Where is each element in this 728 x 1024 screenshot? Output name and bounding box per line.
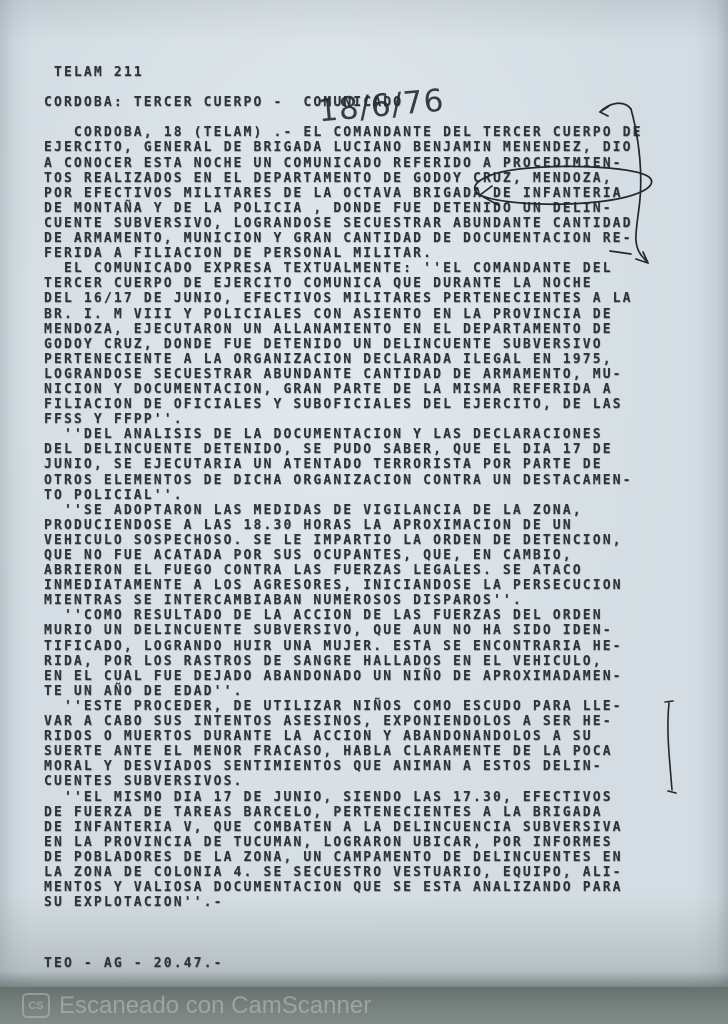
text-line: CUENTE SUBVERSIVO, LOGRANDOSE SECUESTRAR…	[44, 216, 684, 231]
text-line: TELAM 211	[44, 65, 684, 80]
text-line: ''ESTE PROCEDER, DE UTILIZAR NIÑOS COMO …	[44, 699, 684, 714]
text-line: MORAL Y DESVIADOS SENTIMIENTOS QUE ANIMA…	[44, 759, 684, 774]
text-line: MURIO UN DELINCUENTE SUBVERSIVO, QUE AUN…	[44, 623, 684, 638]
text-line: FILIACION DE OFICIALES Y SUBOFICIALES DE…	[44, 397, 684, 412]
text-line: DE MONTAÑA Y DE LA POLICIA , DONDE FUE D…	[44, 201, 684, 216]
scanned-document-page: TELAM 211CORDOBA: TERCER CUERPO - COMUNI…	[0, 0, 728, 1024]
text-line: ''EL MISMO DIA 17 DE JUNIO, SIENDO LAS 1…	[44, 790, 684, 805]
watermark-text: Escaneado con CamScanner	[59, 992, 371, 1020]
text-line: JUNIO, SE EJECUTARIA UN ATENTADO TERRORI…	[44, 457, 684, 472]
text-line: DEL DELINCUENTE DETENIDO, SE PUDO SABER,…	[44, 442, 684, 457]
text-line: TOS REALIZADOS EN EL DEPARTAMENTO DE GOD…	[44, 171, 684, 186]
text-line: BR. I. M VIII Y POLICIALES CON ASIENTO E…	[44, 307, 684, 322]
text-line: POR EFECTIVOS MILITARES DE LA OCTAVA BRI…	[44, 186, 684, 201]
text-line: SU EXPLOTACION''.-	[44, 895, 684, 910]
text-line: ABRIERON EL FUEGO CONTRA LAS FUERZAS LEG…	[44, 563, 684, 578]
text-line: NICION Y DOCUMENTACION, GRAN PARTE DE LA…	[44, 382, 684, 397]
text-line: INMEDIATAMENTE A LOS AGRESORES, INICIAND…	[44, 578, 684, 593]
text-line: PRODUCIENDOSE A LAS 18.30 HORAS LA APROX…	[44, 518, 684, 533]
text-line: FERIDA A FILIACION DE PERSONAL MILITAR.	[44, 246, 684, 261]
text-line	[44, 940, 684, 955]
text-line	[44, 910, 684, 925]
text-line: LOGRANDOSE SECUESTRAR ABUNDANTE CANTIDAD…	[44, 367, 684, 382]
text-line: DE FUERZA DE TAREAS BARCELO, PERTENECIEN…	[44, 805, 684, 820]
text-line: QUE NO FUE ACATADA POR SUS OCUPANTES, QU…	[44, 548, 684, 563]
text-line: TERCER CUERPO DE EJERCITO COMUNICA QUE D…	[44, 276, 684, 291]
text-line: EN EL CUAL FUE DEJADO ABANDONADO UN NIÑO…	[44, 669, 684, 684]
text-line: CORDOBA, 18 (TELAM) .- EL COMANDANTE DEL…	[44, 125, 684, 140]
text-line: EL COMUNICADO EXPRESA TEXTUALMENTE: ''EL…	[44, 261, 684, 276]
camscanner-logo-icon: CS	[22, 993, 50, 1018]
text-line: CUENTES SUBVERSIVOS.	[44, 774, 684, 789]
text-line: EN LA PROVINCIA DE TUCUMAN, LOGRARON UBI…	[44, 835, 684, 850]
text-line: VAR A CABO SUS INTENTOS ASESINOS, EXPONI…	[44, 714, 684, 729]
text-line: GODOY CRUZ, DONDE FUE DETENIDO UN DELINC…	[44, 337, 684, 352]
text-line: A CONOCER ESTA NOCHE UN COMUNICADO REFER…	[44, 156, 684, 171]
text-line: SUERTE ANTE EL MENOR FRACASO, HABLA CLAR…	[44, 744, 684, 759]
text-line: TE UN AÑO DE EDAD''.	[44, 684, 684, 699]
text-line: TIFICADO, LOGRANDO HUIR UNA MUJER. ESTA …	[44, 639, 684, 654]
text-line: LA ZONA DE COLONIA 4. SE SECUESTRO VESTU…	[44, 865, 684, 880]
text-line: ''DEL ANALISIS DE LA DOCUMENTACION Y LAS…	[44, 427, 684, 442]
text-line: TEO - AG - 20.47.-	[44, 956, 684, 971]
text-line: FFSS Y FFPP''.	[44, 412, 684, 427]
text-line: MIENTRAS SE INTERCAMBIABAN NUMEROSOS DIS…	[44, 593, 684, 608]
text-line: RIDA, POR LOS RASTROS DE SANGRE HALLADOS…	[44, 654, 684, 669]
text-line: DE INFANTERIA V, QUE COMBATEN A LA DELIN…	[44, 820, 684, 835]
text-line: OTROS ELEMENTOS DE DICHA ORGANIZACION CO…	[44, 473, 684, 488]
text-line: PERTENECIENTE A LA ORGANIZACION DECLARAD…	[44, 352, 684, 367]
text-line: DE ARMAMENTO, MUNICION Y GRAN CANTIDAD D…	[44, 231, 684, 246]
text-line: EJERCITO, GENERAL DE BRIGADA LUCIANO BEN…	[44, 140, 684, 155]
typewritten-text: TELAM 211CORDOBA: TERCER CUERPO - COMUNI…	[44, 65, 684, 971]
text-line: MENDOZA, EJECUTARON UN ALLANAMIENTO EN E…	[44, 322, 684, 337]
camscanner-watermark-bar: CS Escaneado con CamScanner	[0, 987, 728, 1024]
text-line: DEL 16/17 DE JUNIO, EFECTIVOS MILITARES …	[44, 291, 684, 306]
text-line: TO POLICIAL''.	[44, 488, 684, 503]
text-line: DE POBLADORES DE LA ZONA, UN CAMPAMENTO …	[44, 850, 684, 865]
text-line: VEHICULO SOSPECHOSO. SE LE IMPARTIO LA O…	[44, 533, 684, 548]
text-line: MENTOS Y VALIOSA DOCUMENTACION QUE SE ES…	[44, 880, 684, 895]
page-bottom-shadow	[0, 971, 728, 987]
text-line	[44, 925, 684, 940]
text-line: RIDOS O MUERTOS DURANTE LA ACCION Y ABAN…	[44, 729, 684, 744]
text-line: ''SE ADOPTARON LAS MEDIDAS DE VIGILANCIA…	[44, 503, 684, 518]
text-line: ''COMO RESULTADO DE LA ACCION DE LAS FUE…	[44, 608, 684, 623]
